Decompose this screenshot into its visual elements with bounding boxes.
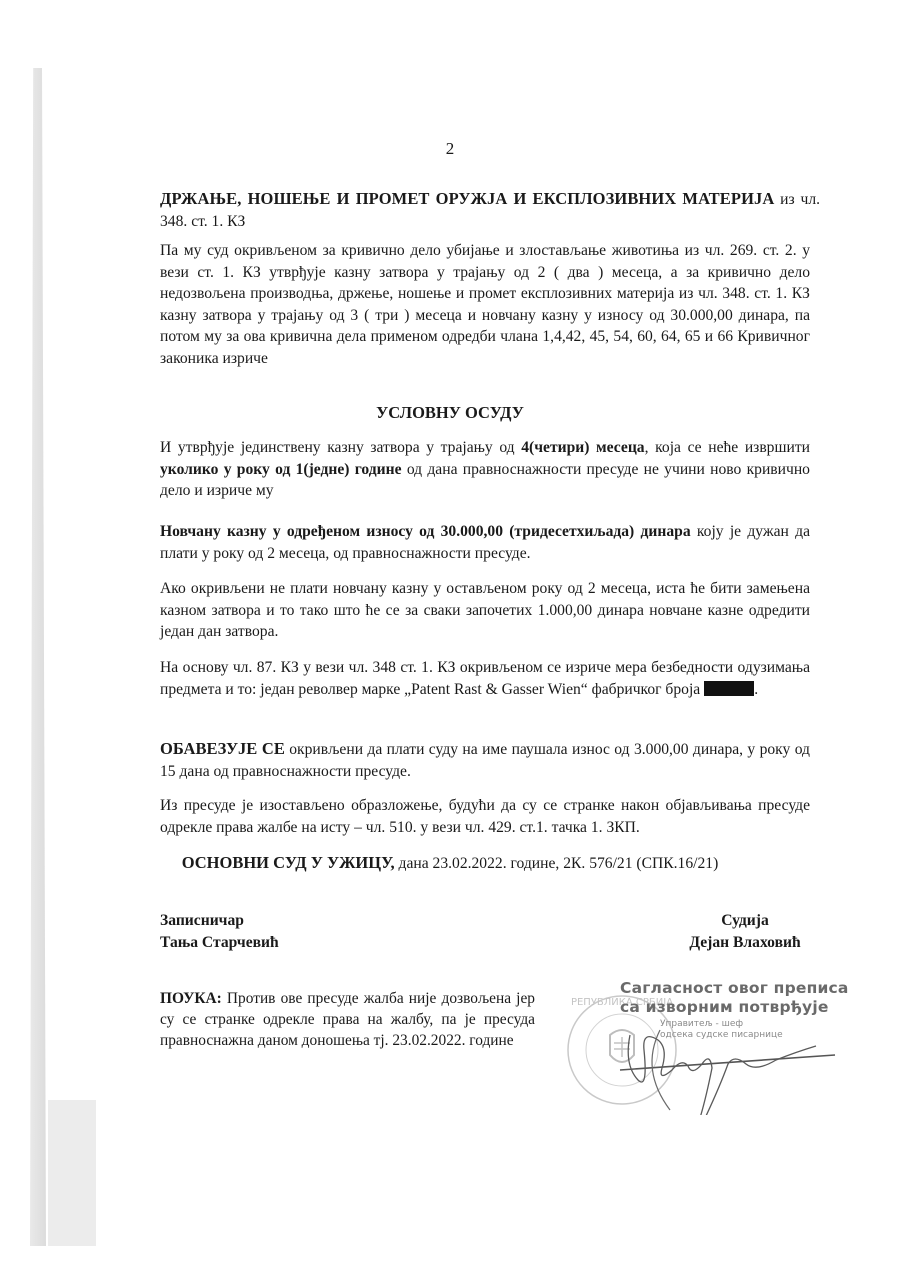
bold-run: Новчану казну у одређеном износу од 30.0… bbox=[160, 523, 691, 540]
legal-instruction: ПОУКА: Против ове пресуде жалба није доз… bbox=[160, 988, 535, 1051]
court-name: ОСНОВНИ СУД У УЖИЦУ, bbox=[182, 853, 395, 872]
scan-edge-shadow bbox=[30, 68, 46, 1246]
judge-role: Судија bbox=[680, 910, 810, 932]
confiscation-paragraph: На основу чл. 87. КЗ у вези чл. 348 ст. … bbox=[160, 657, 810, 700]
section-title: УСЛОВНУ ОСУДУ bbox=[0, 403, 900, 423]
scan-edge-shadow-lower bbox=[48, 1100, 96, 1246]
recorder-role: Записничар bbox=[160, 910, 279, 932]
page-number: 2 bbox=[0, 139, 900, 159]
judge-name: Дејан Влаховић bbox=[680, 932, 810, 954]
handwritten-signature-icon bbox=[570, 975, 860, 1115]
conditional-paragraph: И утврђује јединствену казну затвора у т… bbox=[160, 437, 810, 502]
court-date-line: ОСНОВНИ СУД У УЖИЦУ, дана 23.02.2022. го… bbox=[0, 853, 900, 873]
text-run: . bbox=[754, 681, 758, 698]
redaction-box bbox=[704, 681, 754, 696]
offense-heading-bold: ДРЖАЊЕ, НОШЕЊЕ И ПРОМЕТ ОРУЖЈА И ЕКСПЛОЗ… bbox=[160, 189, 774, 208]
obligation-paragraph: ОБАВЕЗУЈЕ СЕ окривљени да плати суду на … bbox=[160, 738, 810, 782]
sentence-paragraph: Па му суд окривљеном за кривично дело уб… bbox=[160, 240, 810, 369]
recorder-signature-block: Записничар Тања Старчевић bbox=[160, 910, 279, 954]
bold-run: 4(четири) месеца bbox=[521, 439, 644, 456]
certification-stamp: РЕПУБЛИКА СРБИЈА Сагласност овог преписа… bbox=[570, 975, 860, 1115]
bold-run: уколико у року од 1(једне) године bbox=[160, 461, 402, 478]
text-run: И утврђује јединствену казну затвора у т… bbox=[160, 439, 521, 456]
offense-heading: ДРЖАЊЕ, НОШЕЊЕ И ПРОМЕТ ОРУЖЈА И ЕКСПЛОЗ… bbox=[160, 188, 820, 232]
unpaid-fine-paragraph: Ако окривљени не плати новчану казну у о… bbox=[160, 578, 810, 643]
text-run: , која се неће извршити bbox=[645, 439, 810, 456]
omitted-reasoning-paragraph: Из пресуде је изостављено образложење, б… bbox=[160, 795, 810, 838]
instruction-label: ПОУКА: bbox=[160, 990, 222, 1007]
fine-paragraph: Новчану казну у одређеном износу од 30.0… bbox=[160, 521, 810, 564]
judge-signature-block: Судија Дејан Влаховић bbox=[680, 910, 810, 954]
recorder-name: Тања Старчевић bbox=[160, 932, 279, 954]
bold-run: ОБАВЕЗУЈЕ СЕ bbox=[160, 739, 285, 758]
date-case-number: дана 23.02.2022. године, 2К. 576/21 (СПК… bbox=[395, 855, 719, 872]
